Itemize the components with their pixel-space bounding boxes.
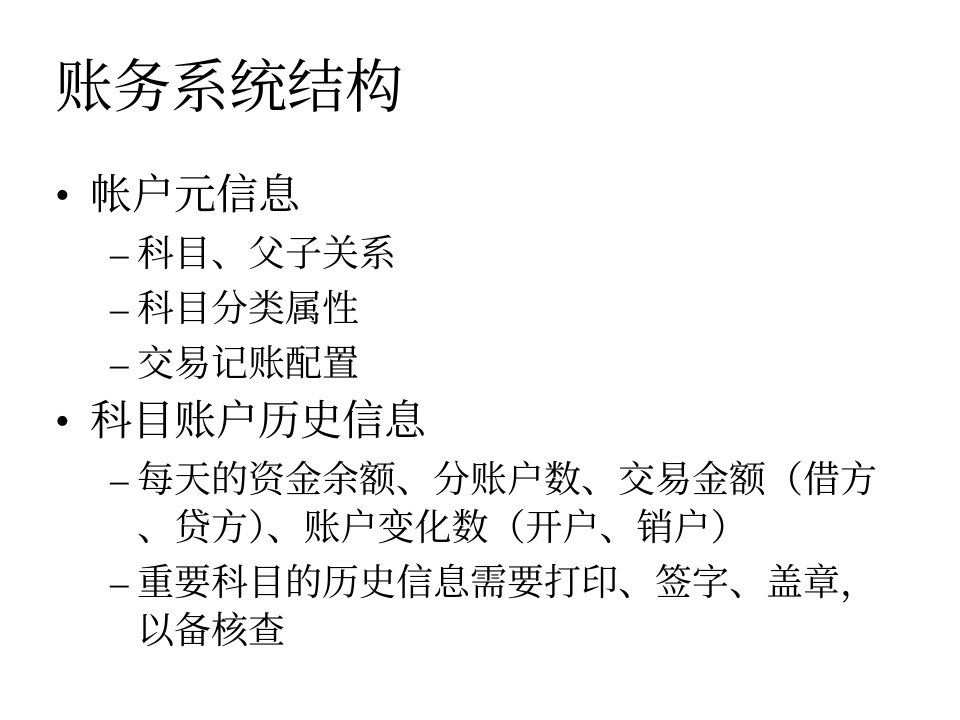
dash-icon: – xyxy=(110,457,137,505)
list-item-level2: – 科目、父子关系 xyxy=(0,231,920,279)
dash-icon: – xyxy=(110,286,137,334)
dash-icon: – xyxy=(110,560,137,608)
list-item-level2: – 每天的资金余额、分账户数、交易金额（借方 、贷方）、账户变化数（开户、销户） xyxy=(0,457,920,553)
list-item-level2: – 科目分类属性 xyxy=(0,286,920,334)
list-item-label: 科目、父子关系 xyxy=(137,231,396,279)
list-item-level1: • 帐户元信息 xyxy=(0,170,920,222)
list-item-label: 交易记账配置 xyxy=(137,341,359,389)
dash-icon: – xyxy=(110,231,137,279)
list-item-label: 重要科目的历史信息需要打印、签字、盖章， 以备核查 xyxy=(137,560,877,656)
page-title: 账务系统结构 xyxy=(55,56,403,121)
list-item-level1: • 科目账户历史信息 xyxy=(0,396,920,448)
list-item-label: 科目分类属性 xyxy=(137,286,359,334)
dash-icon: – xyxy=(110,341,137,389)
list-item-level2: – 交易记账配置 xyxy=(0,341,920,389)
bullet-dot-icon: • xyxy=(55,396,90,448)
list-item-label: 帐户元信息 xyxy=(90,170,300,222)
slide: 账务系统结构 • 帐户元信息 – 科目、父子关系 – 科目分类属性 – 交易记账… xyxy=(0,0,960,720)
bullet-list: • 帐户元信息 – 科目、父子关系 – 科目分类属性 – 交易记账配置 • 科目… xyxy=(0,170,920,663)
list-item-label: 科目账户历史信息 xyxy=(90,396,426,448)
bullet-dot-icon: • xyxy=(55,170,90,222)
list-item-level2: – 重要科目的历史信息需要打印、签字、盖章， 以备核查 xyxy=(0,560,920,656)
list-item-label: 每天的资金余额、分账户数、交易金额（借方 、贷方）、账户变化数（开户、销户） xyxy=(137,457,877,553)
